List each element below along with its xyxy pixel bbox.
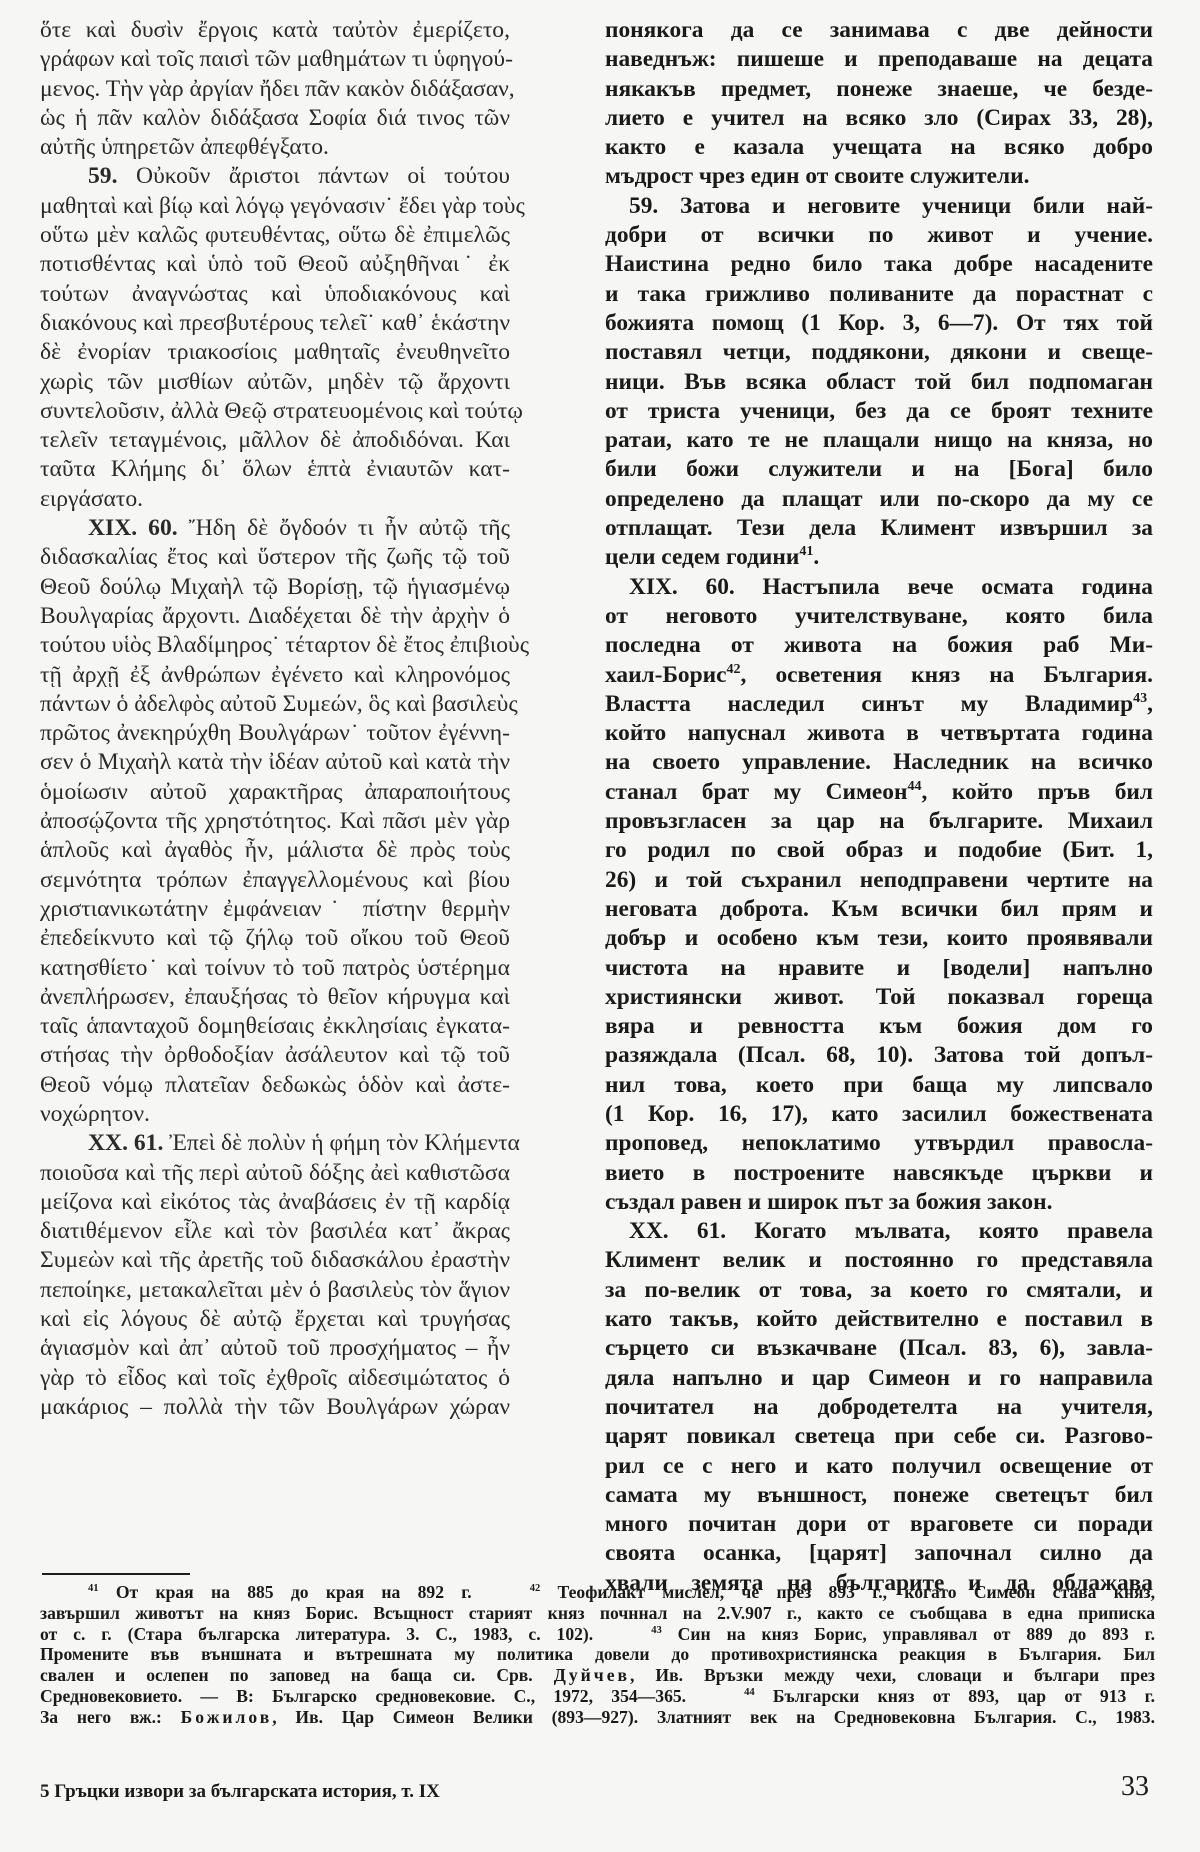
text-line: и така грижливо поливаните да порастнат … — [605, 280, 1153, 309]
text-line: Θεοῦ δούλῳ Μιχαὴλ τῷ Βορίσῃ, τῷ ἡγιασμέν… — [40, 573, 510, 602]
line-text: στήσας τὴν ὀρθοδοξίαν ἀσάλευτον καὶ τῷ τ… — [40, 1042, 510, 1068]
bulgarian-translation-column: понякога да се занимава с две дейностина… — [605, 16, 1153, 1598]
footnote-reference: 43 — [1133, 690, 1147, 706]
text-line: станал брат му Симеон44, който пръв бил — [605, 778, 1153, 807]
line-text: ἀνεπλήρωσεν, ἐπαυξήσας τὸ θεῖον κήρυγμα … — [40, 984, 510, 1010]
line-text: ὡς ἡ πᾶν καλὸν διδάξασα Σοφία διά τινος … — [40, 105, 510, 131]
text-line: добри от всички по живот и учение. — [605, 221, 1153, 250]
text-line: рил се с него и като получил освещение о… — [605, 1452, 1153, 1481]
line-text: провъзгласен за цар на българите. Михаил — [605, 808, 1153, 834]
text-line: били божи служители и на [Бога] било — [605, 455, 1153, 484]
line-text: вието в построените навсякъде църкви и — [605, 1160, 1153, 1186]
text-line: συντελοῦσιν, ἀλλὰ Θεῷ στρατευομένοις καὶ… — [40, 397, 510, 426]
line-text: γὰρ τὸ εἶδος καὶ τοῖς ἐχθροῖς αἰδεσιμώτα… — [40, 1365, 510, 1391]
line-text: последна от живота на божия раб Ми- — [605, 632, 1153, 658]
section-number: XX. 61. — [88, 1130, 163, 1156]
line-text: някакъв предмет, понеже знаеше, че безде… — [605, 76, 1153, 102]
footnote-reference: 44 — [907, 778, 921, 794]
footnote-text: Син на княз Борис, управлявал от 889 до … — [662, 1624, 1155, 1644]
line-text: Ἐπεὶ δὲ πολὺν ἡ φήμη τὸν Κλήμεντα — [163, 1130, 520, 1156]
text-line: τούτων ἀναγνώστας καὶ ὑποδιακόνους καὶ — [40, 280, 510, 309]
text-line: χωρὶς τῶν μισθίων αὐτῶν, μηδὲν τῷ ἄρχοντ… — [40, 368, 510, 397]
text-line: добър и особено към тези, които проявява… — [605, 924, 1153, 953]
footnote-text: За него вж.: — [40, 1707, 181, 1727]
line-text: δὲ ἐνορίαν τριακοσίοις μαθηταῖς ἐνευθηνε… — [40, 339, 510, 365]
text-line: дяла напълно и цар Симеон и го направила — [605, 1364, 1153, 1393]
line-text: ταῦτα Κλήμης δι᾽ ὅλων ἑπτὰ ἐνιαυτῶν κατ- — [40, 456, 510, 482]
section-number: XIX. 60. — [629, 574, 735, 600]
footnote-separator-rule — [42, 1573, 190, 1575]
text-line: σεν ὁ Μιχαὴλ κατὰ τὴν ἰδέαν αὐτοῦ καὶ κα… — [40, 748, 510, 777]
line-text: Климент велик и постоянно го представяла — [605, 1247, 1153, 1273]
text-line: διδασκαλίας ἔτος καὶ ὕστερον τῆς ζωῆς τῷ… — [40, 543, 510, 572]
text-line: самата му външност, понеже светецът бил — [605, 1481, 1153, 1510]
line-text: ταῖς ἁπανταχοῦ δομηθείσαις ἐκκλησίαις ἐγ… — [40, 1013, 510, 1039]
footnote-text: Промените във външната и вътрешната му п… — [40, 1644, 1155, 1664]
line-text: ἁγιασμὸν καὶ ἀπ᾽ αὐτοῦ τοῦ προσχήματος –… — [40, 1335, 510, 1361]
footnote-text: свален и ослепен по заповед на баща си. … — [40, 1665, 554, 1685]
line-text: Ἤδη δὲ ὄγδοόν τι ἦν αὐτῷ τῆς — [178, 515, 510, 541]
text-line: ἀνεπλήρωσεν, ἐπαυξήσας τὸ θεῖον κήρυγμα … — [40, 983, 510, 1012]
line-text: σεν ὁ Μιχαὴλ κατὰ τὴν ἰδέαν αὐτοῦ καὶ κα… — [40, 749, 510, 775]
text-line: XIX. 60. Ἤδη δὲ ὄγδοόν τι ἦν αὐτῷ τῆς — [40, 514, 510, 543]
text-line: ὡς ἡ πᾶν καλὸν διδάξασα Σοφία διά τινος … — [40, 104, 510, 133]
text-line: нил това, което при баща му липсвало — [605, 1071, 1153, 1100]
line-text: ποιοῦσα καὶ τῆς περὶ αὐτοῦ δόξης ἀεὶ καθ… — [40, 1160, 510, 1186]
text-line: αὐτῆς ὑπηρετῶν ἀπεφθέγξατο. — [40, 133, 510, 162]
text-line: християнски живот. Той показвал гореща — [605, 983, 1153, 1012]
line-text: били божи служители и на [Бога] било — [605, 456, 1153, 482]
line-text: и така грижливо поливаните да порастнат … — [605, 281, 1153, 307]
line-text: определено да плащат или по-скоро да му … — [605, 486, 1153, 512]
text-line: който напуснал живота в четвъртата годин… — [605, 719, 1153, 748]
line-text: както е казала учещата на всяко добро — [605, 134, 1153, 160]
line-text: Наистина редно било така добре насаденит… — [605, 251, 1153, 277]
line-text: , осветения княз на България. — [741, 662, 1153, 688]
text-line: Συμεὼν καὶ τῆς ἀρετῆς τοῦ διδασκάλου ἐρα… — [40, 1246, 510, 1275]
text-line: διατιθέμενον εἷλε καὶ τὸν βασιλέα κατ᾽ ἄ… — [40, 1217, 510, 1246]
text-line: διακόνους καὶ πρεσβυτέρους τελεῖ˙ καθ᾽ ἑ… — [40, 309, 510, 338]
line-text: γράφων καὶ τοῖς παισὶ τῶν μαθημάτων τι ὑ… — [40, 46, 513, 72]
line-text: ратаи, като те не плащали нищо на княза,… — [605, 427, 1153, 453]
text-line: ници. Във всяка област той бил подпомага… — [605, 368, 1153, 397]
footnote-reference: 41 — [799, 544, 813, 560]
section-number: XIX. 60. — [88, 515, 178, 541]
footnote-text: От края на 885 до края на 892 г. — [99, 1582, 472, 1602]
text-line: 59. Οὐκοῦν ἄριστοι πάντων οἱ τούτου — [40, 162, 510, 191]
text-line: ὅτε καὶ δυσὶν ἔργοις κατὰ ταὐτὸν ἐμερίζε… — [40, 16, 510, 45]
line-text: почитател на добродетелта на учителя, — [605, 1394, 1153, 1420]
text-line: XIX. 60. Настъпила вече осмата година — [605, 573, 1153, 602]
text-line: ἐπεδείκνυτο καὶ τῷ ζήλῳ τοῦ οἴκου τοῦ Θε… — [40, 924, 510, 953]
text-line: ποτισθέντας καὶ ὑπὸ τοῦ Θεοῦ αὐξηθῆναι˙ … — [40, 250, 510, 279]
text-line: μακάριος – πολλὰ τὴν τῶν Βουλγάρων χώραν — [40, 1393, 510, 1422]
text-line: за по-велик от това, за което го смятали… — [605, 1276, 1153, 1305]
line-text: наведнъж: пишеше и преподаваше на децата — [605, 46, 1153, 72]
section-number: 59. — [88, 163, 118, 189]
text-line: отплащат. Тези дела Климент извършил за — [605, 514, 1153, 543]
line-text: χωρὶς τῶν μισθίων αὐτῶν, μηδὲν τῷ ἄρχοντ… — [40, 369, 510, 395]
footnote-text: Средновековието. — В: Българско среднове… — [40, 1686, 686, 1706]
line-text: χριστιανικωτάτην ἐμφάνειαν˙ πίστην θερμὴ… — [40, 896, 510, 922]
line-text: Βουλγαρίας ἄρχοντι. Διαδέχεται δὲ τὴν ἀρ… — [40, 603, 510, 629]
text-line: τῇ ἀρχῇ ἐξ ἀνθρώπων ἐγένετο καὶ κληρονόμ… — [40, 661, 510, 690]
text-line: ὁμοίωσιν αὐτοῦ χαρακτῆρας ἀπαραποιήτους — [40, 778, 510, 807]
text-line: ἀποσῴζοντα τῆς χρηστότητος. Καὶ πᾶσι μὲν… — [40, 807, 510, 836]
line-text: дяла напълно и цар Симеон и го направила — [605, 1365, 1153, 1391]
text-line: както е казала учещата на всяко добро — [605, 133, 1153, 162]
text-line: γράφων καὶ τοῖς παισὶ τῶν μαθημάτων τι ὑ… — [40, 45, 510, 74]
text-line: на своето управление. Наследник на всичк… — [605, 748, 1153, 777]
text-line: μενος. Τὴν γὰρ ἀργίαν ἤδει πᾶν κακὸν διδ… — [40, 75, 510, 104]
text-line: πεποίηκε, μετακαλεῖται μὲν ὁ βασιλεὺς τὸ… — [40, 1276, 510, 1305]
line-text: на своето управление. Наследник на всичк… — [605, 749, 1153, 775]
text-line: някакъв предмет, понеже знаеше, че безде… — [605, 75, 1153, 104]
text-line: ταῖς ἁπανταχοῦ δομηθείσαις ἐκκλησίαις ἐγ… — [40, 1012, 510, 1041]
footnote-line: Средновековието. — В: Българско среднове… — [40, 1686, 1155, 1707]
line-text: συντελοῦσιν, ἀλλὰ Θεῷ στρατευομένοις καὶ… — [40, 398, 523, 424]
text-line: сърцето си възкачване (Псал. 83, 6), зав… — [605, 1334, 1153, 1363]
line-text: своята осанка, [царят] започнал силно да — [605, 1540, 1153, 1566]
line-text: Συμεὼν καὶ τῆς ἀρετῆς τοῦ διδασκάλου ἐρα… — [40, 1247, 510, 1273]
line-text: μείζονα καὶ εἰκότος τὰς ἀναβάσεις ἐν τῇ … — [40, 1189, 510, 1215]
author-name: Божилов — [181, 1707, 273, 1727]
footnotes-block: 41 От края на 885 до края на 892 г.42 Те… — [40, 1582, 1155, 1728]
footnote-text: от с. г. (Стара българска литература. 3.… — [40, 1624, 593, 1644]
text-line: ποιοῦσα καὶ τῆς περὶ αὐτοῦ δόξης ἀεὶ καθ… — [40, 1159, 510, 1188]
line-text: рил се с него и като получил освещение о… — [605, 1453, 1153, 1479]
text-line: Властта наследил синът му Владимир43, — [605, 690, 1153, 719]
line-text: много почитан дори от враговете си порад… — [605, 1511, 1153, 1537]
text-line: ἁγιασμὸν καὶ ἀπ᾽ αὐτοῦ τοῦ προσχήματος –… — [40, 1334, 510, 1363]
line-text: Θεοῦ δούλῳ Μιχαὴλ τῷ Βορίσῃ, τῷ ἡγιασμέν… — [40, 574, 510, 600]
line-text: Οὐκοῦν ἄριστοι πάντων οἱ τούτου — [118, 163, 511, 189]
text-line: своята осанка, [царят] започнал силно да — [605, 1539, 1153, 1568]
text-line: определено да плащат или по-скоро да му … — [605, 485, 1153, 514]
line-text: Когато мълвата, която правела — [726, 1218, 1153, 1244]
line-text: понякога да се занимава с две дейности — [605, 17, 1153, 43]
text-line: δὲ ἐνορίαν τριακοσίοις μαθηταῖς ἐνευθηνε… — [40, 338, 510, 367]
line-text: от триста ученици, без да се броят техни… — [605, 398, 1153, 424]
line-text: πάντων ὁ ἀδελφὸς αὐτοῦ Συμεών, ὃς καὶ βα… — [40, 691, 518, 717]
line-text: станал брат му Симеон — [605, 779, 907, 805]
line-text: създал равен и широк път за божия закон. — [605, 1189, 1052, 1215]
line-text: поставял четци, поддякони, дякони и свещ… — [605, 339, 1153, 365]
text-line: ἁπλοῦς καὶ ἀγαθὸς ἦν, μάλιστα δὲ πρὸς το… — [40, 836, 510, 865]
text-line: XX. 61. Когато мълвата, която правела — [605, 1217, 1153, 1246]
line-text: αὐτῆς ὑπηρετῶν ἀπεφθέγξατο. — [40, 134, 329, 160]
line-text: σεμνότητα τρόπων ἐπαγγελλομένους καὶ βίο… — [40, 867, 510, 893]
text-line: μαθηταὶ καὶ βίῳ καὶ λόγῳ γεγόνασιν˙ ἔδει… — [40, 192, 510, 221]
footnote-number: 42 — [530, 1583, 541, 1594]
text-line: много почитан дори от враговете си порад… — [605, 1510, 1153, 1539]
text-line: XX. 61. Ἐπεὶ δὲ πολὺν ἡ φήμη τὸν Κλήμεντ… — [40, 1129, 510, 1158]
line-text: (1 Кор. 16, 17), като засилил божествена… — [605, 1101, 1153, 1127]
line-text: ὁμοίωσιν αὐτοῦ χαρακτῆρας ἀπαραποιήτους — [40, 779, 510, 805]
footnote-line: от с. г. (Стара българска литература. 3.… — [40, 1624, 1155, 1645]
footnote-reference: 42 — [727, 661, 741, 677]
text-line: χριστιανικωτάτην ἐμφάνειαν˙ πίστην θερμὴ… — [40, 895, 510, 924]
text-line: καὶ εἰς λόγους δὲ αὐτῷ ἔρχεται καὶ τρυγή… — [40, 1305, 510, 1334]
line-text: християнски живот. Той показвал гореща — [605, 984, 1153, 1010]
text-line: разяждала (Псал. 68, 10). Затова той доп… — [605, 1041, 1153, 1070]
text-line: провъзгласен за цар на българите. Михаил — [605, 807, 1153, 836]
line-text: οὕτω μὲν καλῶς φυτευθέντας, οὕτω δὲ ἐπιμ… — [40, 222, 510, 248]
text-line: Θεοῦ νόμῳ πλατεῖαν δεδωκὼς ὁδὸν καὶ ἀστε… — [40, 1071, 510, 1100]
text-line: божията помощ (1 Кор. 3, 6—7). От тях то… — [605, 309, 1153, 338]
line-text: лието е учител на всяко зло (Сирах 33, 2… — [605, 105, 1153, 131]
line-text: Затова и неговите ученици били най- — [658, 193, 1153, 219]
line-text: отплащат. Тези дела Климент извършил за — [605, 515, 1153, 541]
line-text: ειργάσατο. — [40, 486, 143, 512]
text-line: лието е учител на всяко зло (Сирах 33, 2… — [605, 104, 1153, 133]
text-line: чистота на нравите и [водели] напълно — [605, 954, 1153, 983]
line-text: от неговото учителствуване, която била — [605, 603, 1153, 629]
footnote-text: , Ив. Връзки между чехи, словаци и бълга… — [630, 1665, 1155, 1685]
line-text: Θεοῦ νόμῳ πλατεῖαν δεδωκὼς ὁδὸν καὶ ἀστε… — [40, 1072, 510, 1098]
line-text: Настъпила вече осмата година — [735, 574, 1153, 600]
footnote-line: завършил животът на княз Борис. Всъщност… — [40, 1603, 1155, 1624]
running-footer-title: 5 Гръцки извори за българската история, … — [40, 1781, 440, 1803]
line-text: разяждала (Псал. 68, 10). Затова той доп… — [605, 1042, 1153, 1068]
text-line: γὰρ τὸ εἶδος καὶ τοῖς ἐχθροῖς αἰδεσιμώτα… — [40, 1364, 510, 1393]
line-text: неговата доброта. Към всички бил прям и — [605, 896, 1153, 922]
text-line: създал равен и широк път за божия закон. — [605, 1188, 1153, 1217]
text-line: σεμνότητα τρόπων ἐπαγγελλομένους καὶ βίο… — [40, 866, 510, 895]
line-text: μενος. Τὴν γὰρ ἀργίαν ἤδει πᾶν κακὸν διδ… — [40, 76, 515, 102]
line-text: 26) и той съхранил неподправени чертите … — [605, 867, 1153, 893]
line-text: τούτου υἱὸς Βλαδίμηρος˙ τέταρτον δὲ ἔτος… — [40, 632, 529, 658]
footnote-text: , Ив. Цар Симеон Велики (893—927). Златн… — [272, 1707, 1155, 1727]
page-number: 33 — [1121, 1771, 1149, 1803]
book-page: ὅτε καὶ δυσὶν ἔργοις κατὰ ταὐτὸν ἐμερίζε… — [0, 0, 1200, 1852]
line-text: , — [1147, 691, 1153, 717]
line-text: който напуснал живота в четвъртата годин… — [605, 720, 1153, 746]
line-text: νοχώρητον. — [40, 1101, 150, 1127]
text-line: κατησθίετο˙ καὶ τοίνυν τὸ τοῦ πατρὸς ὑστ… — [40, 954, 510, 983]
text-line: като такъв, който действително е постави… — [605, 1305, 1153, 1334]
line-text: ἀποσῴζοντα τῆς χρηστότητος. Καὶ πᾶσι μὲν… — [40, 808, 510, 834]
text-line: Наистина редно било така добре насаденит… — [605, 250, 1153, 279]
line-text: божията помощ (1 Кор. 3, 6—7). От тях то… — [605, 310, 1153, 336]
line-text: самата му външност, понеже светецът бил — [605, 1482, 1153, 1508]
line-text: чистота на нравите и [водели] напълно — [605, 955, 1153, 981]
line-text: ἐπεδείκνυτο καὶ τῷ ζήλῳ τοῦ οἴκου τοῦ Θε… — [40, 925, 510, 951]
line-text: κατησθίετο˙ καὶ τοίνυν τὸ τοῦ πατρὸς ὑστ… — [40, 955, 510, 981]
line-text: καὶ εἰς λόγους δὲ αὐτῷ ἔρχεται καὶ τρυγή… — [40, 1306, 510, 1332]
text-line: στήσας τὴν ὀρθοδοξίαν ἀσάλευτον καὶ τῷ τ… — [40, 1041, 510, 1070]
line-text: го родил по свой образ и подобие (Бит. 1… — [605, 837, 1153, 863]
text-line: хаил-Борис42, осветения княз на България… — [605, 661, 1153, 690]
line-text: проповед, непоклатимо утвърдил правосла- — [605, 1130, 1153, 1156]
text-line: οὕτω μὲν καλῶς φυτευθέντας, οὕτω δὲ ἐπιμ… — [40, 221, 510, 250]
text-line: 26) и той съхранил неподправени чертите … — [605, 866, 1153, 895]
footnote-text: завършил животът на княз Борис. Всъщност… — [40, 1603, 1155, 1623]
text-line: царят повикал светеца при себе си. Разго… — [605, 1422, 1153, 1451]
text-line: Климент велик и постоянно го представяла — [605, 1246, 1153, 1275]
greek-text-column: ὅτε καὶ δυσὶν ἔργοις κατὰ ταὐτὸν ἐμερίζε… — [40, 16, 510, 1422]
text-line: мъдрост чрез един от своите служители. — [605, 162, 1153, 191]
footnote-number: 44 — [744, 1687, 755, 1698]
line-text: πεποίηκε, μετακαλεῖται μὲν ὁ βασιλεὺς τὸ… — [40, 1277, 510, 1303]
line-text: нил това, което при баща му липсвало — [605, 1072, 1153, 1098]
text-line: проповед, непоклатимо утвърдил правосла- — [605, 1129, 1153, 1158]
text-line: от неговото учителствуване, която била — [605, 602, 1153, 631]
section-number: XX. 61. — [629, 1218, 726, 1244]
text-line: ειργάσατο. — [40, 485, 510, 514]
footnote-line: 41 От края на 885 до края на 892 г.42 Те… — [40, 1582, 1155, 1603]
text-line: 59. Затова и неговите ученици били най- — [605, 192, 1153, 221]
text-line: вяра и ревността към божия дом го — [605, 1012, 1153, 1041]
footnote-number: 43 — [651, 1625, 662, 1636]
line-text: πρῶτος ἀνεκηρύχθη Βουλγάρων˙ τοῦτον ἐγέν… — [40, 720, 510, 746]
text-line: νοχώρητον. — [40, 1100, 510, 1129]
line-text: вяра и ревността към божия дом го — [605, 1013, 1153, 1039]
line-text: сърцето си възкачване (Псал. 83, 6), зав… — [605, 1335, 1153, 1361]
line-text: διατιθέμενον εἷλε καὶ τὸν βασιλέα κατ᾽ ἄ… — [40, 1218, 510, 1244]
text-line: вието в построените навсякъде църкви и — [605, 1159, 1153, 1188]
text-line: ταῦτα Κλήμης δι᾽ ὅλων ἑπτὰ ἐνιαυτῶν κατ- — [40, 455, 510, 484]
line-text: . — [813, 544, 819, 570]
line-text: ἁπλοῦς καὶ ἀγαθὸς ἦν, μάλιστα δὲ πρὸς το… — [40, 837, 510, 863]
line-text: Властта наследил синът му Владимир — [605, 691, 1133, 717]
footnote-line: свален и ослепен по заповед на баща си. … — [40, 1665, 1155, 1686]
line-text: , който пръв бил — [922, 779, 1153, 805]
line-text: διδασκαλίας ἔτος καὶ ὕστερον τῆς ζωῆς τῷ… — [40, 544, 510, 570]
line-text: ници. Във всяка област той бил подпомага… — [605, 369, 1153, 395]
footnote-text: Български княз от 893, цар от 913 г. — [755, 1686, 1155, 1706]
section-number: 59. — [629, 193, 658, 219]
text-line: неговата доброта. Към всички бил прям и — [605, 895, 1153, 924]
text-line: го родил по свой образ и подобие (Бит. 1… — [605, 836, 1153, 865]
line-text: добър и особено към тези, които проявява… — [605, 925, 1153, 951]
line-text: τῇ ἀρχῇ ἐξ ἀνθρώπων ἐγένετο καὶ κληρονόμ… — [40, 662, 510, 688]
text-line: почитател на добродетелта на учителя, — [605, 1393, 1153, 1422]
line-text: τούτων ἀναγνώστας καὶ ὑποδιακόνους καὶ — [40, 281, 510, 307]
footnote-line: За него вж.: Божилов, Ив. Цар Симеон Вел… — [40, 1707, 1155, 1728]
text-line: от триста ученици, без да се броят техни… — [605, 397, 1153, 426]
text-line: (1 Кор. 16, 17), като засилил божествена… — [605, 1100, 1153, 1129]
text-line: цели седем години41. — [605, 543, 1153, 572]
footnote-text: Теофилакт мислел, че през 893 г., когато… — [540, 1582, 1155, 1602]
author-name: Дуйчев — [554, 1665, 630, 1685]
text-line: πρῶτος ἀνεκηρύχθη Βουλγάρων˙ τοῦτον ἐγέν… — [40, 719, 510, 748]
text-line: τελεῖν τεταγμένοις, μᾶλλον δὲ ἀποδιδόναι… — [40, 426, 510, 455]
line-text: добри от всички по живот и учение. — [605, 222, 1153, 248]
footnote-number: 41 — [88, 1583, 99, 1594]
line-text: ὅτε καὶ δυσὶν ἔργοις κατὰ ταὐτὸν ἐμερίζε… — [40, 17, 510, 43]
line-text: като такъв, който действително е постави… — [605, 1306, 1153, 1332]
text-line: μείζονα καὶ εἰκότος τὰς ἀναβάσεις ἐν τῇ … — [40, 1188, 510, 1217]
text-line: последна от живота на божия раб Ми- — [605, 631, 1153, 660]
line-text: за по-велик от това, за което го смятали… — [605, 1277, 1153, 1303]
line-text: μαθηταὶ καὶ βίῳ καὶ λόγῳ γεγόνασιν˙ ἔδει… — [40, 193, 525, 219]
text-line: Βουλγαρίας ἄρχοντι. Διαδέχεται δὲ τὴν ἀρ… — [40, 602, 510, 631]
text-line: наведнъж: пишеше и преподаваше на децата — [605, 45, 1153, 74]
line-text: мъдрост чрез един от своите служители. — [605, 163, 1029, 189]
text-line: τούτου υἱὸς Βλαδίμηρος˙ τέταρτον δὲ ἔτος… — [40, 631, 510, 660]
line-text: τελεῖν τεταγμένοις, μᾶλλον δὲ ἀποδιδόναι… — [40, 427, 510, 453]
footnote-line: Промените във външната и вътрешната му п… — [40, 1644, 1155, 1665]
text-line: поставял четци, поддякони, дякони и свещ… — [605, 338, 1153, 367]
text-line: ратаи, като те не плащали нищо на княза,… — [605, 426, 1153, 455]
line-text: цели седем години — [605, 544, 799, 570]
text-line: понякога да се занимава с две дейности — [605, 16, 1153, 45]
line-text: ποτισθέντας καὶ ὑπὸ τοῦ Θεοῦ αὐξηθῆναι˙ … — [40, 251, 510, 277]
line-text: хаил-Борис — [605, 662, 727, 688]
line-text: царят повикал светеца при себе си. Разго… — [605, 1423, 1153, 1449]
text-line: πάντων ὁ ἀδελφὸς αὐτοῦ Συμεών, ὃς καὶ βα… — [40, 690, 510, 719]
line-text: μακάριος – πολλὰ τὴν τῶν Βουλγάρων χώραν — [40, 1394, 510, 1420]
line-text: διακόνους καὶ πρεσβυτέρους τελεῖ˙ καθ᾽ ἑ… — [40, 310, 510, 336]
